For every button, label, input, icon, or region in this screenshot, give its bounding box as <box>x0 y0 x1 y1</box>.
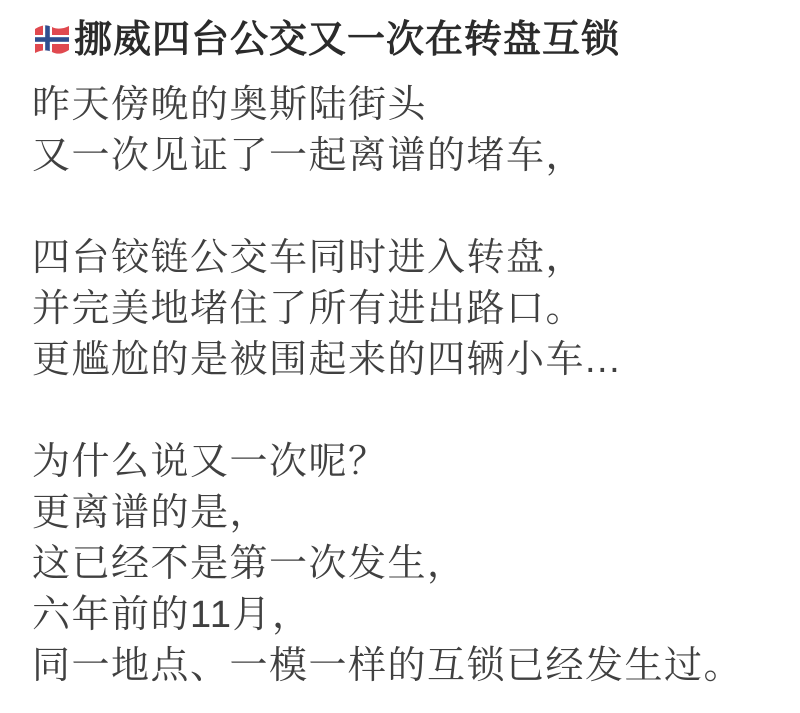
post-title: 挪威四台公交又一次在转盘互锁 <box>32 14 768 66</box>
text-line: 这已经不是第一次发生， <box>32 539 768 590</box>
paragraph-2: 四台铰链公交车同时进入转盘， 并完美地堵住了所有进出路口。 更尴尬的是被围起来的… <box>32 233 768 386</box>
text-line: 并完美地堵住了所有进出路口。 <box>32 284 768 335</box>
text-line: 更离谱的是， <box>32 488 768 539</box>
text-line: 六年前的11月， <box>32 590 768 641</box>
norway-flag-icon <box>32 21 72 59</box>
text-line: 同一地点、一模一样的互锁已经发生过。 <box>32 641 768 692</box>
post-title-text: 挪威四台公交又一次在转盘互锁 <box>74 14 620 66</box>
text-line: 又一次见证了一起离谱的堵车， <box>32 131 768 182</box>
text-line: 更尴尬的是被围起来的四辆小车... <box>32 335 768 386</box>
paragraph-3: 为什么说又一次呢？ 更离谱的是， 这已经不是第一次发生， 六年前的11月， 同一… <box>32 437 768 692</box>
text-line: 昨天傍晚的奥斯陆街头 <box>32 80 768 131</box>
paragraph-1: 昨天傍晚的奥斯陆街头 又一次见证了一起离谱的堵车， <box>32 80 768 182</box>
post-content: 挪威四台公交又一次在转盘互锁 昨天傍晚的奥斯陆街头 又一次见证了一起离谱的堵车，… <box>0 0 800 713</box>
text-line: 四台铰链公交车同时进入转盘， <box>32 233 768 284</box>
text-line: 为什么说又一次呢？ <box>32 437 768 488</box>
